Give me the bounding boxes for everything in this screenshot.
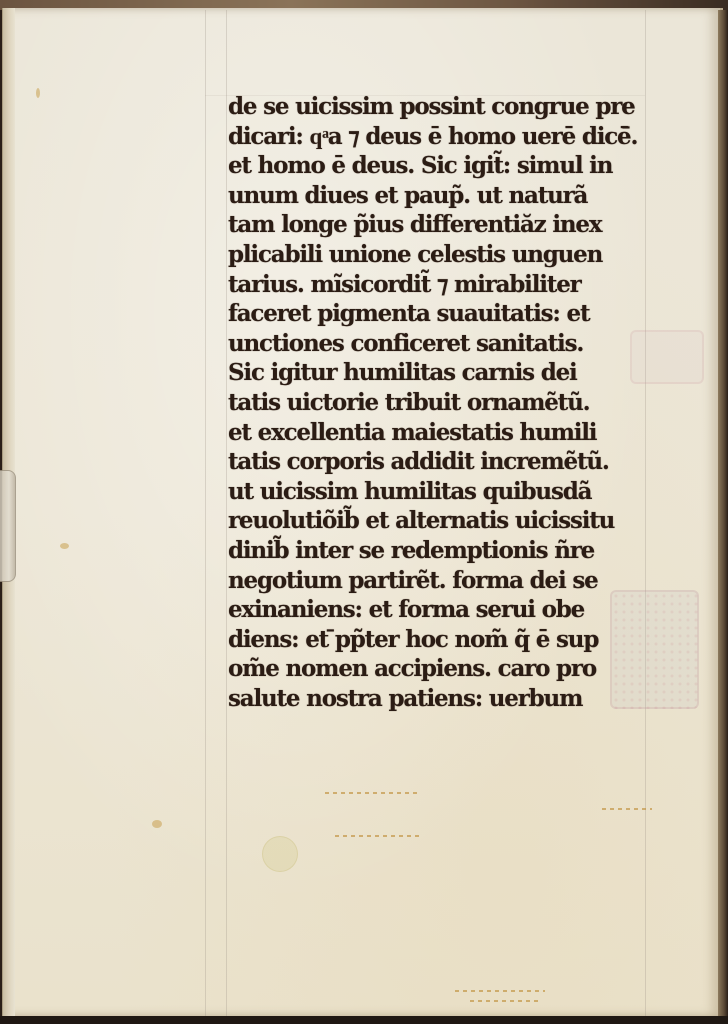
text-line-12: et excellentia maiestatis humili — [228, 418, 648, 448]
text-line-13: tatis corporis addidit incremẽtũ. — [228, 447, 648, 477]
stain — [36, 88, 40, 98]
text-line-9: unctiones conficeret sanitatis. — [228, 329, 648, 359]
offset-ink-trace — [455, 990, 545, 992]
text-line-3: et homo ē deus. Sic igit̃: simul in — [228, 151, 648, 181]
page-fore-edge — [718, 10, 728, 1016]
ruling-line-left-inner — [226, 10, 227, 1016]
page-tab-marker — [0, 470, 16, 582]
ruling-line-left-outer — [205, 10, 206, 1016]
text-line-15: reuolutiõib̃ et alternatis uicissitu — [228, 506, 648, 536]
text-line-4: unum diues et paup̃. ut naturã — [228, 181, 648, 211]
text-line-18: exinaniens: et forma serui obe — [228, 595, 648, 625]
manuscript-text-block: de se uicissim possint congrue pre dicar… — [228, 92, 648, 713]
text-line-1: de se uicissim possint congrue pre — [228, 92, 648, 122]
text-line-20: om̃e nomen accipiens. caro pro — [228, 654, 648, 684]
text-line-16: dinib̃ inter se redemptionis ñre — [228, 536, 648, 566]
offset-ink-trace — [470, 1000, 540, 1002]
text-line-5: tam longe p̃ius differentiăz inex — [228, 210, 648, 240]
offset-ink-trace — [335, 835, 420, 837]
book-bottom-edge — [0, 1016, 728, 1024]
text-line-11: tatis uictorie tribuit ornamẽtũ. — [228, 388, 648, 418]
stain — [152, 820, 162, 828]
text-line-17: negotium partirẽt. forma dei se — [228, 566, 648, 596]
text-line-14: ut uicissim humilitas quibusdã — [228, 477, 648, 507]
text-line-2: dicari: qͣa ⁊ deus ē homo uerē dicē̄. — [228, 122, 648, 152]
text-line-10: Sic igitur humilitas carnis dei — [228, 358, 648, 388]
stain — [60, 543, 69, 549]
text-line-6: plicabili unione celestis unguen — [228, 240, 648, 270]
text-line-19: diens: et ̄pp̃ter hoc nom̃ q̃ ē sup — [228, 625, 648, 655]
water-stain — [262, 836, 298, 872]
text-line-21: salute nostra patiens: uerbum — [228, 684, 648, 714]
offset-ink-trace — [325, 792, 420, 794]
offset-ink-trace — [602, 808, 652, 810]
text-line-7: tarius. mĩsicordit̃ ⁊ mirabiliter — [228, 270, 648, 300]
text-line-8: faceret pigmenta suauitatis: et — [228, 299, 648, 329]
